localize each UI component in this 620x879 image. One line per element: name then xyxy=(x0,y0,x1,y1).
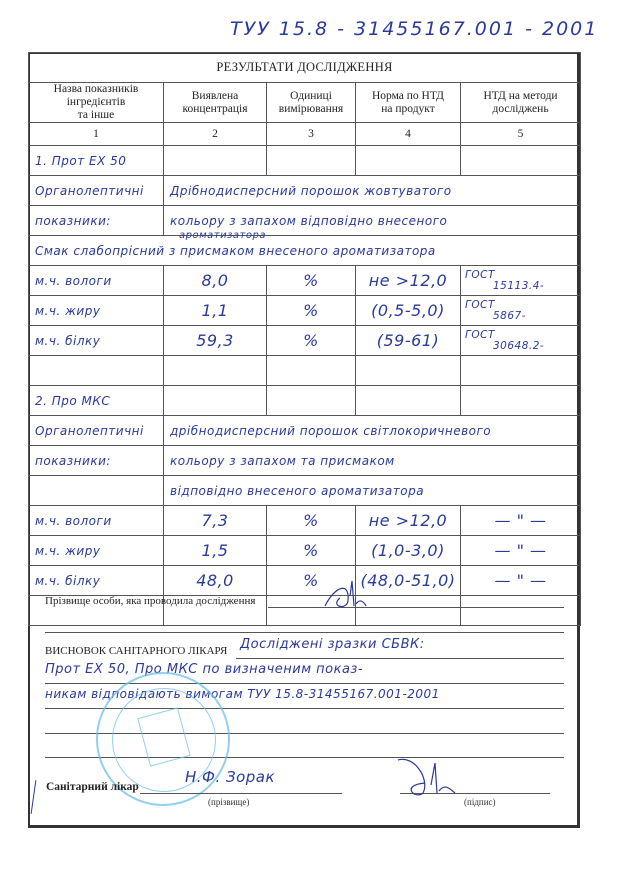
indicator-name: м.ч. жиру xyxy=(29,296,164,326)
column-number: 3 xyxy=(267,123,356,146)
empty-cell xyxy=(267,386,356,416)
method-prefix: ГОСТ xyxy=(465,329,495,341)
indicator-value: 7,3 xyxy=(164,506,267,536)
method-code: 5867- xyxy=(465,311,580,322)
researcher-signature xyxy=(320,576,375,616)
doctor-name: Н.Ф. Зорак xyxy=(185,768,275,786)
doctor-label: Санітарний лікар xyxy=(46,781,139,793)
conclusion-line-3: никам відповідають вимогам ТУУ 15.8-3145… xyxy=(45,687,440,701)
organoleptic-description: дрібнодисперсний порошок світлокоричнево… xyxy=(164,416,581,446)
column-number: 2 xyxy=(164,123,267,146)
indicator-norm: (59-61) xyxy=(356,326,461,356)
table-row: 2. Про МКС xyxy=(29,386,581,416)
table-row: ароматизатора Смак слабопрісний з присма… xyxy=(29,236,581,266)
table-row xyxy=(29,356,581,386)
column-number: 5 xyxy=(461,123,581,146)
indicator-norm: не >12,0 xyxy=(356,266,461,296)
blank-line xyxy=(45,632,564,633)
header-text: Одиниці вимірювання xyxy=(279,90,343,115)
table-row: м.ч. вологи 8,0 % не >12,0 ГОСТ15113.4- xyxy=(29,266,581,296)
conclusion-line xyxy=(236,658,564,659)
indicator-value: 59,3 xyxy=(164,326,267,356)
method-code: 30648.2- xyxy=(465,341,580,352)
method-prefix: ГОСТ xyxy=(465,299,495,311)
column-number: 4 xyxy=(356,123,461,146)
indicator-method: ГОСТ5867- xyxy=(461,296,581,326)
indicator-value: 8,0 xyxy=(164,266,267,296)
results-title: РЕЗУЛЬТАТИ ДОСЛІДЖЕННЯ xyxy=(29,53,581,83)
organoleptic-description: Дрібнодисперсний порошок жовтуватого xyxy=(164,176,581,206)
organoleptic-label: Органолептичні xyxy=(29,176,164,206)
taste-description: ароматизатора Смак слабопрісний з присма… xyxy=(29,236,581,266)
indicator-value: 1,1 xyxy=(164,296,267,326)
researcher-label: Прізвище особи, яка проводила дослідженн… xyxy=(45,595,255,607)
header-text: НТД на методи досліджень xyxy=(483,90,557,115)
column-header-norm: Норма по НТД на продукт xyxy=(356,83,461,123)
conclusion-line-1: Досліджені зразки СБВК: xyxy=(240,637,425,652)
table-row: відповідно внесеного ароматизатора xyxy=(29,476,581,506)
column-header-name: Назва показників інгредієнтів та інше xyxy=(29,83,164,123)
table-row: Органолептичні дрібнодисперсний порошок … xyxy=(29,416,581,446)
indicator-method: — " — xyxy=(461,536,581,566)
indicator-norm: (0,5-5,0) xyxy=(356,296,461,326)
indicator-method: ГОСТ30648.2- xyxy=(461,326,581,356)
table-row: 1. Прот EX 50 xyxy=(29,146,581,176)
table-row: м.ч. жиру 1,5 % (1,0-3,0) — " — xyxy=(29,536,581,566)
header-text: Норма по НТД на продукт xyxy=(372,90,444,115)
header-text: Виявлена концентрація xyxy=(183,90,248,115)
empty-cell xyxy=(461,386,581,416)
researcher-line xyxy=(268,607,564,608)
document-code: ТУУ 15.8 - 31455167.001 - 2001 xyxy=(230,18,598,40)
table-row: м.ч. білку 59,3 % (59-61) ГОСТ30648.2- xyxy=(29,326,581,356)
indicator-method: — " — xyxy=(461,566,581,596)
surname-line xyxy=(140,793,342,794)
indicator-name: м.ч. жиру xyxy=(29,536,164,566)
column-header-concentration: Виявлена концентрація xyxy=(164,83,267,123)
empty-cell xyxy=(29,476,164,506)
taste-text: Смак слабопрісний з присмаком внесеного … xyxy=(35,244,436,258)
indicator-name: м.ч. вологи xyxy=(29,266,164,296)
table-row: показники: кольору з запахом та присмако… xyxy=(29,446,581,476)
flavor-note: ароматизатора xyxy=(179,230,266,241)
indicator-unit: % xyxy=(267,266,356,296)
empty-cell xyxy=(164,356,267,386)
indicator-unit: % xyxy=(267,536,356,566)
conclusion-label: ВИСНОВОК САНІТАРНОГО ЛІКАРЯ xyxy=(45,645,227,657)
empty-cell xyxy=(356,356,461,386)
doctor-signature xyxy=(395,755,465,800)
table-row: м.ч. жиру 1,1 % (0,5-5,0) ГОСТ5867- xyxy=(29,296,581,326)
indicator-unit: % xyxy=(267,506,356,536)
results-table: РЕЗУЛЬТАТИ ДОСЛІДЖЕННЯ Назва показників … xyxy=(28,52,581,626)
method-prefix: ГОСТ xyxy=(465,269,495,281)
table-row: Органолептичні Дрібнодисперсний порошок … xyxy=(29,176,581,206)
indicator-value: 1,5 xyxy=(164,536,267,566)
indicator-name: м.ч. білку xyxy=(29,326,164,356)
empty-cell xyxy=(267,146,356,176)
product-2-name: 2. Про МКС xyxy=(29,386,164,416)
table-row: м.ч. вологи 7,3 % не >12,0 — " — xyxy=(29,506,581,536)
empty-cell xyxy=(356,146,461,176)
indicator-name: м.ч. білку xyxy=(29,566,164,596)
organoleptic-label: Органолептичні xyxy=(29,416,164,446)
indicator-norm: не >12,0 xyxy=(356,506,461,536)
indicator-norm: (1,0-3,0) xyxy=(356,536,461,566)
empty-cell xyxy=(356,386,461,416)
empty-cell xyxy=(461,356,581,386)
table-row: м.ч. білку 48,0 % (48,0-51,0) — " — xyxy=(29,566,581,596)
empty-cell xyxy=(461,146,581,176)
empty-cell xyxy=(267,356,356,386)
table-row: показники: кольору з запахом відповідно … xyxy=(29,206,581,236)
column-header-units: Одиниці вимірювання xyxy=(267,83,356,123)
product-1-name: 1. Прот EX 50 xyxy=(29,146,164,176)
indicators-label: показники: xyxy=(29,446,164,476)
indicator-method: ГОСТ15113.4- xyxy=(461,266,581,296)
conclusion-line-2: Прот EX 50, Про МКС по визначеним показ- xyxy=(45,662,363,677)
extra-description: відповідно внесеного ароматизатора xyxy=(164,476,581,506)
indicators-label: показники: xyxy=(29,206,164,236)
color-description: кольору з запахом та присмаком xyxy=(164,446,581,476)
indicator-name: м.ч. вологи xyxy=(29,506,164,536)
surname-caption: (прізвище) xyxy=(208,797,249,807)
indicator-unit: % xyxy=(267,326,356,356)
header-text: Назва показників інгредієнтів та інше xyxy=(54,83,139,121)
empty-cell xyxy=(164,146,267,176)
empty-cell xyxy=(164,386,267,416)
indicator-method: — " — xyxy=(461,506,581,536)
empty-cell xyxy=(461,596,581,626)
method-code: 15113.4- xyxy=(465,281,580,292)
column-number: 1 xyxy=(29,123,164,146)
empty-cell xyxy=(29,356,164,386)
column-header-methods: НТД на методи досліджень xyxy=(461,83,581,123)
signature-caption: (підпис) xyxy=(464,797,496,807)
indicator-value: 48,0 xyxy=(164,566,267,596)
indicator-unit: % xyxy=(267,296,356,326)
